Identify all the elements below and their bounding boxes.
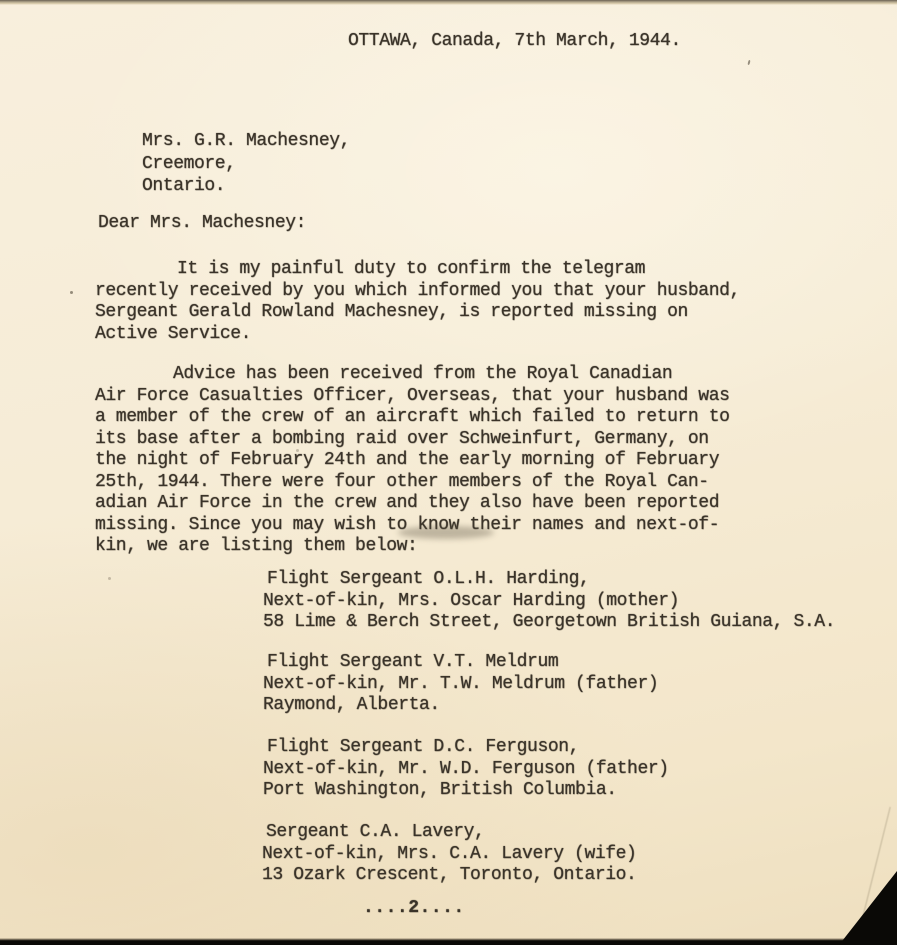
- paper-speck: [296, 449, 299, 452]
- recipient-town: Creemore,: [142, 153, 350, 176]
- paper-speck: [747, 60, 750, 65]
- paper-top-edge: [0, 0, 897, 5]
- paragraph-1: It is my painful duty to confirm the tel…: [95, 259, 740, 345]
- text-line: Air Force Casualties Officer, Overseas, …: [95, 386, 730, 408]
- text-line: It is my painful duty to confirm the tel…: [95, 259, 740, 281]
- text-line: the night of February 24th and the early…: [95, 450, 730, 472]
- text-line: its base after a bombing raid over Schwe…: [95, 429, 730, 451]
- crew-member-name: Flight Sergeant V.T. Meldrum: [263, 652, 658, 674]
- text-line: adian Air Force in the crew and they als…: [95, 493, 730, 515]
- crew-entry-lavery: Sergeant C.A. Lavery, Next-of-kin, Mrs. …: [262, 822, 636, 887]
- text-line: a member of the crew of an aircraft whic…: [95, 407, 730, 429]
- crew-next-of-kin: Next-of-kin, Mr. W.D. Ferguson (father): [263, 759, 669, 781]
- dateline: OTTAWA, Canada, 7th March, 1944.: [348, 31, 681, 53]
- crew-next-of-kin: Next-of-kin, Mrs. C.A. Lavery (wife): [262, 844, 636, 866]
- recipient-address: Mrs. G.R. Machesney, Creemore, Ontario.: [142, 130, 350, 198]
- crew-address: Port Washington, British Columbia.: [263, 780, 669, 802]
- recipient-name: Mrs. G.R. Machesney,: [142, 130, 350, 153]
- ink-smudge: [398, 526, 494, 539]
- crew-address: Raymond, Alberta.: [263, 695, 658, 717]
- page-number-marker: ....2....: [363, 898, 465, 920]
- text-line: Active Service.: [95, 324, 740, 346]
- text-line: kin, we are listing them below:: [95, 536, 730, 558]
- crew-member-name: Flight Sergeant O.L.H. Harding,: [263, 569, 835, 591]
- crew-address: 58 Lime & Berch Street, Georgetown Briti…: [263, 612, 835, 634]
- crew-member-name: Flight Sergeant D.C. Ferguson,: [263, 737, 669, 759]
- text-line: Advice has been received from the Royal …: [95, 364, 730, 386]
- text-line: Sergeant Gerald Rowland Machesney, is re…: [95, 302, 740, 324]
- text-line: recently received by you which informed …: [95, 281, 740, 303]
- recipient-province: Ontario.: [142, 175, 350, 198]
- salutation: Dear Mrs. Machesney:: [98, 213, 306, 235]
- crew-next-of-kin: Next-of-kin, Mrs. Oscar Harding (mother): [263, 591, 835, 613]
- text-line: 25th, 1944. There were four other member…: [95, 472, 730, 494]
- paper-speck: [70, 291, 73, 294]
- crew-next-of-kin: Next-of-kin, Mr. T.W. Meldrum (father): [263, 674, 658, 696]
- paper-bottom-edge: [0, 938, 897, 945]
- crew-entry-ferguson: Flight Sergeant D.C. Ferguson, Next-of-k…: [263, 737, 669, 802]
- letter-page: OTTAWA, Canada, 7th March, 1944. Mrs. G.…: [0, 0, 897, 945]
- crew-entry-harding: Flight Sergeant O.L.H. Harding, Next-of-…: [263, 569, 835, 634]
- crew-address: 13 Ozark Crescent, Toronto, Ontario.: [262, 865, 636, 887]
- crew-member-name: Sergeant C.A. Lavery,: [262, 822, 636, 844]
- crew-entry-meldrum: Flight Sergeant V.T. Meldrum Next-of-kin…: [263, 652, 658, 717]
- paper-speck: [108, 577, 111, 580]
- paper-corner-fold: [839, 871, 897, 945]
